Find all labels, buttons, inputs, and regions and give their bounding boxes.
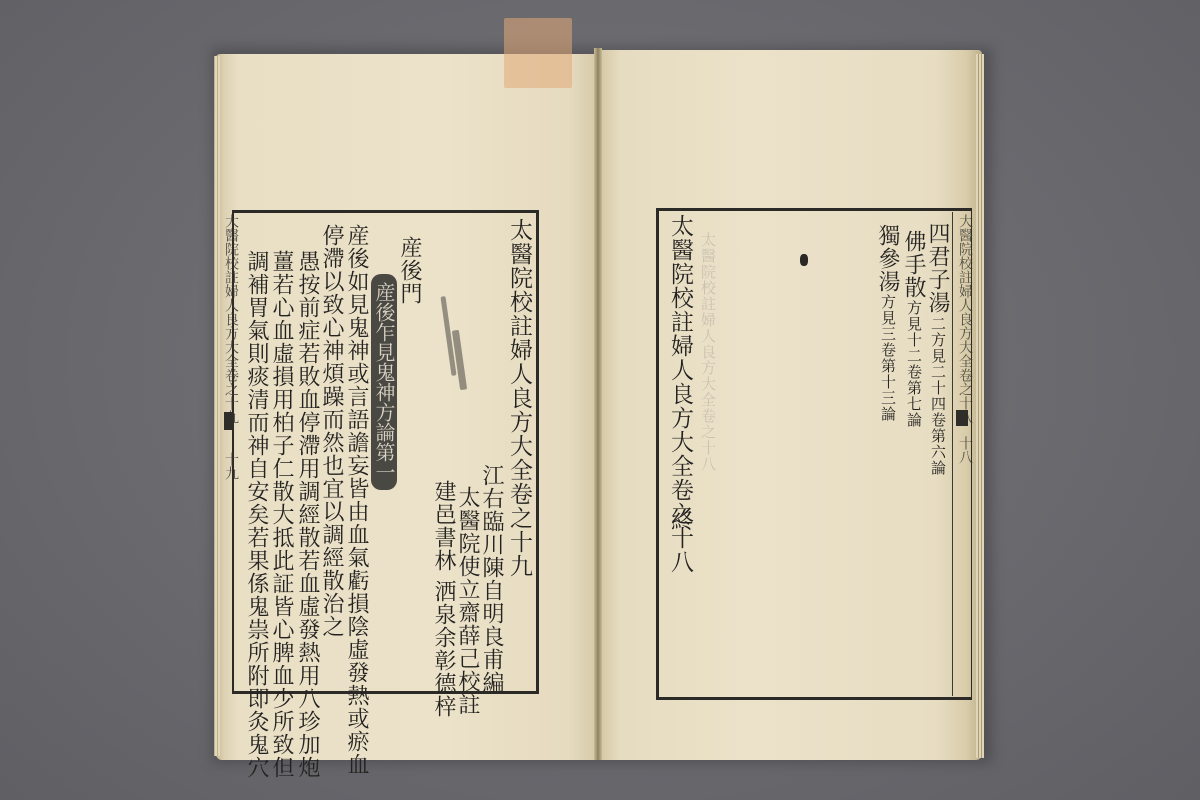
book-gutter [594,48,602,760]
section-heading: 産後門 [398,236,420,305]
left-margin-folio: 十九 [224,452,238,480]
right-margin-column: 大醫院校註婦人良方大全卷之十八 [958,214,972,424]
chapter-label: 産後乍見鬼神方論第一 [371,274,397,490]
formula-2-note: 方見十二卷第七論 [906,300,921,428]
left-title-column: 太醫院校註婦人良方大全卷之十九 [507,218,530,578]
right-column-rule [952,212,953,696]
body-column-1: 産後如見鬼神或言語譫妄皆由血氣虧損陰虛發熱或瘀血 [345,224,367,776]
library-stamp [504,18,572,88]
formula-3-name: 獨參湯 [876,224,898,293]
body-column-4: 薑若心血虛損用柏子仁散大抵此証皆心脾血少所致但 [270,250,292,779]
body-column-3: 愚按前症若敗血停滯用調經散若血虛發熱用八珍加炮 [296,250,318,779]
end-mark: 終 [668,508,691,532]
fishtail-mark [224,412,234,430]
show-through-text: 太醫院校註婦人良方大全卷之十八 [700,232,715,472]
fishtail-mark [956,410,968,426]
ink-blot [800,254,808,266]
formula-1-name: 四君子湯 [926,222,948,314]
right-margin-folio: 十八 [958,436,972,464]
right-page-edges [976,54,984,758]
body-column-5: 調補胃氣則痰清而神自安矣若果係鬼祟所附即灸鬼穴 [245,250,267,779]
formula-3-note: 方見三卷第十三論 [880,294,895,422]
credit-line-3: 建邑書林 洒泉余彰德梓 [432,480,454,718]
formula-2-name: 佛手散 [902,230,924,299]
body-column-2: 停滯以致心神煩躁而然也宜以調經散治之 [320,224,342,638]
credit-line-1: 江右臨川陳自明良甫編 [480,464,502,694]
formula-1-note: 二方見二十四卷第六論 [930,316,945,476]
left-margin-column: 大醫院校註婦人良方大全卷之十九 [224,214,238,424]
left-page-edges [214,56,220,756]
credit-line-2: 太醫院使立齋薛己校註 [456,486,478,716]
